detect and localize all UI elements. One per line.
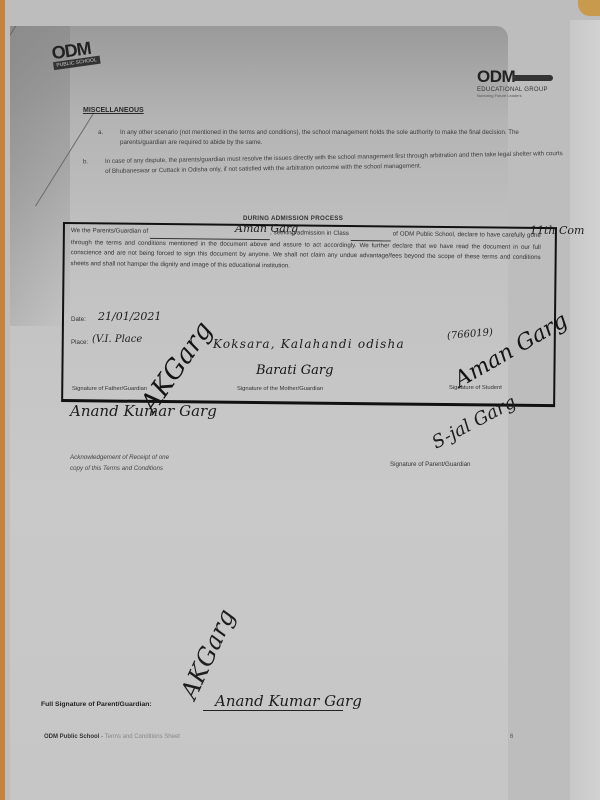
mother-signature-label: Signature of the Mother/Guardian [237,386,323,392]
place-label: Place: [71,339,88,346]
student-signature-label: Signature of Student [449,385,502,391]
full-signature-label: Full Signature of Parent/Guardian: [41,701,152,708]
airplane-icon [513,75,553,81]
full-signature-line [203,710,343,711]
admission-section-title: DURING ADMISSION PROCESS [243,215,343,222]
date-value: 21/01/2021 [98,310,161,323]
father-signature-label: Signature of Father/Guardian [72,386,147,392]
declaration-text: We the Parents/Guardian of , seeking adm… [71,226,541,274]
odm-educational-group-logo: ODM EDUCATIONAL GROUP Nurturing Future L… [477,67,553,98]
student-name-handwritten: Aman Garg [235,222,298,235]
page-number: 6 [510,734,513,740]
place-value: (V.I. Place [92,334,142,345]
guardian-signature-label: Signature of Parent/Guardian [390,461,471,468]
miscellaneous-heading: MISCELLANEOUS [83,107,144,114]
page-footer: ODM Public School - Terms and Conditions… [44,734,180,740]
place-value-location: Koksara, Kalahandi odisha [213,337,405,351]
class-handwritten: 11th Com [530,224,584,237]
father-full-name-handwritten: Anand Kumar Garg [70,402,217,420]
full-signature-name-handwritten: Anand Kumar Garg [215,692,362,710]
clause-a: a. In any other scenario (not mentioned … [120,128,560,147]
date-label: Date: [71,316,86,323]
adjacent-page-edge [570,20,600,800]
class-field [351,229,391,241]
acknowledgement-text: Acknowledgement of Receipt of one copy o… [70,452,169,474]
mother-signature: Barati Garg [256,363,333,378]
